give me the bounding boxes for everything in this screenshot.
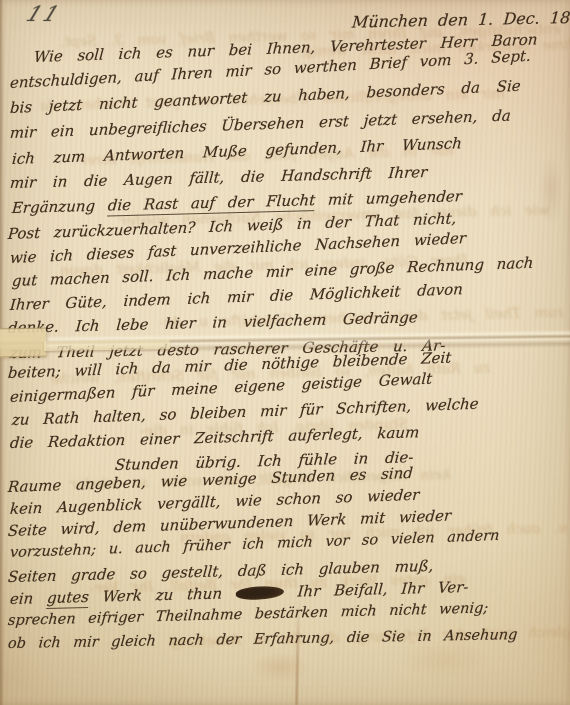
line-text: mir in die Augen fällt, die Handschrift … <box>9 163 428 192</box>
handwritten-line: denke. Ich lebe hier in vielfachem Gedrä… <box>7 308 418 337</box>
line-text: die Redaktion einer Zeitschrift auferleg… <box>9 423 420 452</box>
handwritten-line: mir in die Augen fällt, die Handschrift … <box>9 163 428 192</box>
underlined-phrase: gutes <box>46 588 89 609</box>
stain <box>400 640 490 680</box>
underlined-phrase: die Rast auf der Flucht <box>107 191 316 216</box>
dateline: München den 1. Dec. 1812. <box>351 7 570 31</box>
stain <box>250 652 310 682</box>
line-text: Werk zu thun <box>88 584 236 606</box>
ink-blot-strikeout <box>236 585 285 601</box>
line-text: denke. Ich lebe hier in vielfachem Gedrä… <box>7 308 418 337</box>
line-text: Ergänzung <box>11 196 108 217</box>
tape-repair-strip <box>44 339 170 351</box>
line-text: ein <box>9 589 48 608</box>
handwritten-line: die Redaktion einer Zeitschrift auferleg… <box>9 423 420 452</box>
line-text: ob ich mir gleich nach der Erfahrung, di… <box>7 627 518 652</box>
line-text: Ihr Beifall, Ihr Ver- <box>283 578 469 601</box>
letter-scan-page: entschuldigen, auf Ihren mir so werthen … <box>0 0 570 705</box>
line-text: mit umgehender <box>315 187 463 209</box>
tape-repair <box>0 328 46 358</box>
stain <box>538 155 564 225</box>
handwritten-line: ob ich mir gleich nach der Erfahrung, di… <box>7 627 518 652</box>
pencil-page-number: 11 <box>23 2 65 26</box>
